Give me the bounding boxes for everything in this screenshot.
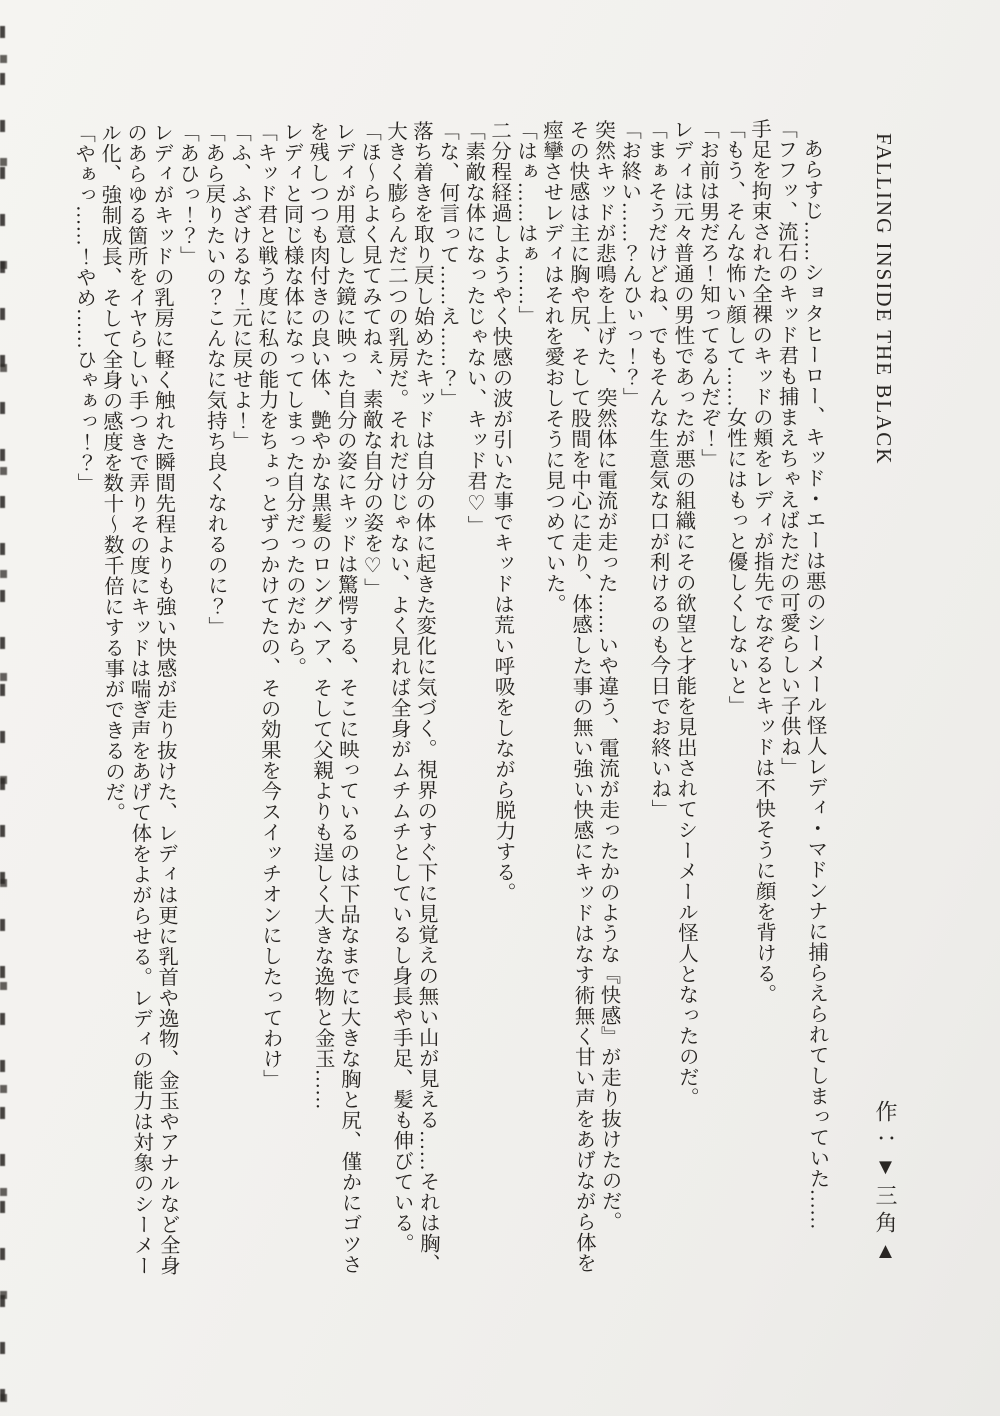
paragraph: その快感は主に胸や尻、そして股間を中心に走り、体感した事の無い強い快感にキッドは… [538, 119, 597, 1283]
paragraph: レディがキッドの乳房に軽く触れた瞬間先程よりも強い快感が走り抜けた、レディは更に… [96, 122, 181, 1286]
story-title: FALLING INSIDE THE BLACK [871, 133, 896, 465]
novel-page: FALLING INSIDE THE BLACK あらすじ……ショタヒーロー、キ… [0, 0, 1000, 1416]
page-edge-print-bleed [0, 0, 8, 1416]
paragraph: 落ち着きを取り戻し始めたキッドは自分の体に起きた変化に気づく。視界のすぐ下に見覚… [382, 120, 441, 1284]
paragraph: レディが用意した鏡に映った自分の姿にキッドは驚愕する、そこに映っているのは下品な… [304, 121, 363, 1285]
author-credit: 作：▼三角▲ [870, 1100, 901, 1268]
story-text: あらすじ……ショタヒーロー、キッド・エーは悪のシーメール怪人レディ・マドンナに捕… [70, 118, 831, 1287]
